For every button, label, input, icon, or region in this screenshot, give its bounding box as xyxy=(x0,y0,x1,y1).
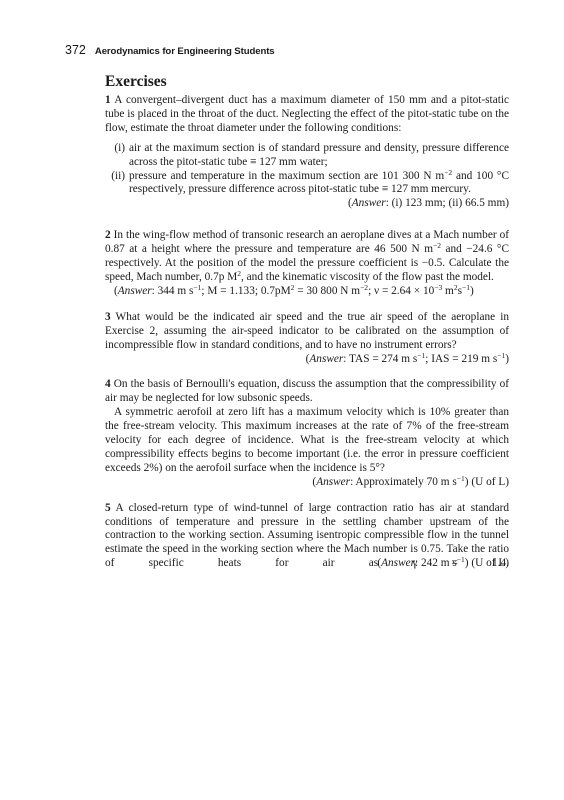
exercise-text: 4 On the basis of Bernoulli's equation, … xyxy=(105,378,509,406)
answer: (Answer: TAS = 274 m s−1; IAS = 219 m s−… xyxy=(105,353,509,367)
condition-list: (i) air at the maximum section is of sta… xyxy=(105,142,509,198)
running-head: 372 Aerodynamics for Engineering Student… xyxy=(65,43,275,58)
answer: (Answer: 344 m s−1; M = 1.133; 0.7pM2 = … xyxy=(105,285,509,299)
answer: (Answer: Approximately 70 m s−1) (U of L… xyxy=(105,476,509,490)
section-title: Exercises xyxy=(105,73,509,91)
exercise-text: 3 What would be the indicated air speed … xyxy=(105,311,509,353)
book-title: Aerodynamics for Engineering Students xyxy=(95,46,275,57)
exercise-text: 1 A convergent–divergent duct has a maxi… xyxy=(105,94,509,136)
exercise-text-continued: A symmetric aerofoil at zero lift has a … xyxy=(105,406,509,476)
exercise-5: 5 A closed-return type of wind-tunnel of… xyxy=(105,502,509,572)
list-item: (i) air at the maximum section is of sta… xyxy=(105,142,509,170)
exercise-1: 1 A convergent–divergent duct has a maxi… xyxy=(105,94,509,211)
page-number: 372 xyxy=(65,43,86,57)
exercise-2: 2 In the wing-flow method of transonic r… xyxy=(105,229,509,299)
exercise-4: 4 On the basis of Bernoulli's equation, … xyxy=(105,378,509,489)
list-item: (ii) pressure and temperature in the max… xyxy=(105,170,509,198)
exercise-3: 3 What would be the indicated air speed … xyxy=(105,311,509,367)
answer: (Answer: (i) 123 mm; (ii) 66.5 mm) xyxy=(105,197,509,211)
page-content: Exercises 1 A convergent–divergent duct … xyxy=(105,73,509,583)
exercise-text: 2 In the wing-flow method of transonic r… xyxy=(105,229,509,285)
